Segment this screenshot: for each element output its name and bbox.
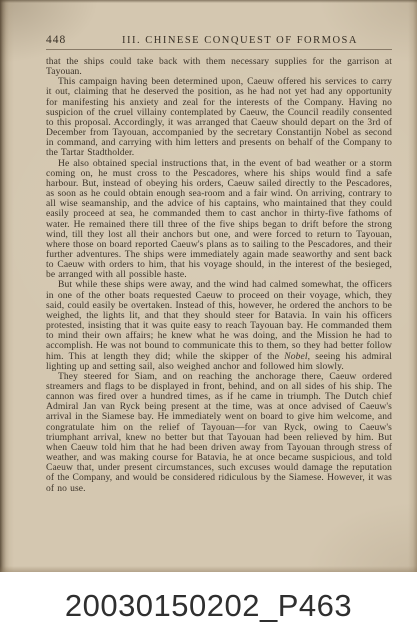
running-head: 448 III. CHINESE CONQUEST OF FORMOSA (46, 34, 392, 46)
paragraph: He also obtained special instructions th… (46, 159, 392, 281)
screenshot-root: 448 III. CHINESE CONQUEST OF FORMOSA tha… (0, 0, 417, 640)
scanned-book-page: 448 III. CHINESE CONQUEST OF FORMOSA tha… (0, 0, 417, 572)
paragraph: This campaign having been determined upo… (46, 77, 392, 158)
archive-label: 20030150202_P463 (65, 588, 352, 624)
page-content: 448 III. CHINESE CONQUEST OF FORMOSA tha… (46, 34, 392, 494)
label-strip: 20030150202_P463 (0, 572, 417, 640)
page-body: that the ships could take back with them… (46, 57, 392, 494)
paragraph: that the ships could take back with them… (46, 57, 392, 77)
header-rule (46, 49, 392, 50)
paragraph: They steered for Siam, and on reaching t… (46, 372, 392, 494)
paragraph: But while these ships were away, and the… (46, 280, 392, 371)
chapter-title: III. CHINESE CONQUEST OF FORMOSA (98, 35, 392, 46)
page-number: 448 (46, 34, 98, 46)
